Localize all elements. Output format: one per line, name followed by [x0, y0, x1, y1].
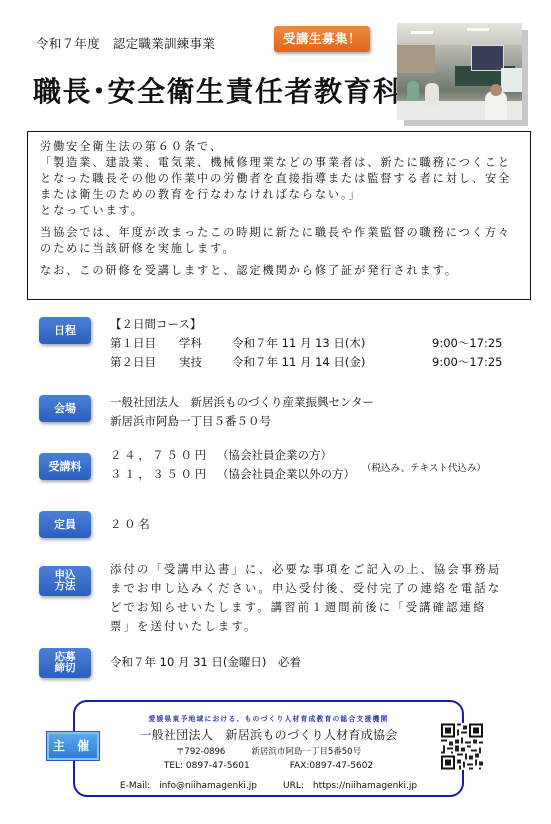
- program-subtitle: 令和７年度 認定職業訓練事業: [36, 34, 215, 52]
- organizer-fax: FAX:0897-47-5602: [290, 761, 373, 771]
- schedule-details: 【２日間コース】 第１日目学科令和７年 11 月 13 日(木)9:00～17:…: [110, 315, 502, 372]
- course-length: 【２日間コース】: [110, 315, 502, 334]
- capacity-value: ２０名: [110, 515, 152, 534]
- fee-label: 受講料: [39, 453, 91, 480]
- application-method: 添付の「受講申込書」に、必要な事項をご記入の上、協会事務局 までお申し込みくださ…: [110, 560, 501, 636]
- organizer-contact: E-Mail: info@niihamagenki.jpURL: https:/…: [73, 778, 464, 791]
- venue-name: 一般社団法人 新居浜ものづくり産業振興センター: [110, 393, 374, 412]
- intro-box: 労働安全衛生法の第６０条で、 「製造業、建設業、電気業、機械修理業などの事業者は…: [27, 131, 531, 300]
- schedule-label: 日程: [39, 317, 91, 344]
- intro-paragraph-certificate: なお、この研修を受講しますと、認定機関から修了証が発行されます。: [40, 263, 530, 279]
- fee-details: ２４，７５０円（協会社員企業の方） ３１，３５０円（協会社員企業以外の方）: [110, 446, 355, 484]
- fee-nonmember: ３１，３５０円（協会社員企業以外の方）: [110, 465, 355, 484]
- capacity-label: 定員: [39, 511, 91, 538]
- classroom-photo: [397, 23, 522, 120]
- recruit-badge: 受講生募集！: [274, 26, 370, 52]
- deadline-label: 応募 締切: [39, 648, 91, 678]
- intro-paragraph-purpose: 当協会では、年度が改まったこの時期に新たに職長や作業監督の職務につく方々 のため…: [40, 225, 530, 257]
- intro-paragraph-law: 労働安全衛生法の第６０条で、 「製造業、建設業、電気業、機械修理業などの事業者は…: [40, 139, 530, 219]
- organizer-url[interactable]: URL: https://niihamagenki.jp: [283, 781, 417, 791]
- organizer-name: 一般社団法人 新居浜ものづくり人材育成協会: [73, 726, 464, 743]
- organizer-address: 〒792-0896新居浜市阿島一丁目5番50号: [73, 745, 464, 757]
- application-label: 申込 方法: [39, 566, 91, 596]
- organizer-phone-fax: TEL: 0897-47-5601FAX:0897-47-5602: [73, 761, 464, 771]
- deadline-value: 令和７年 10 月 31 日(金曜日) 必着: [110, 653, 301, 672]
- schedule-day-2: 第２日目実技令和７年 11 月 14 日(金)9:00～17:25: [110, 353, 502, 372]
- venue-details: 一般社団法人 新居浜ものづくり産業振興センター 新居浜市阿島一丁目５番５０号: [110, 393, 374, 431]
- organizer-email[interactable]: E-Mail: info@niihamagenki.jp: [120, 781, 257, 791]
- fee-member: ２４，７５０円（協会社員企業の方）: [110, 446, 355, 465]
- page-title: 職長･安全衛生責任者教育科: [33, 70, 403, 110]
- organizer-tagline: 愛媛県東予地域における、ものづくり人材育成教育の総合支援機関: [73, 713, 464, 723]
- venue-address: 新居浜市阿島一丁目５番５０号: [110, 412, 374, 431]
- qr-code-icon[interactable]: [441, 723, 483, 770]
- schedule-day-1: 第１日目学科令和７年 11 月 13 日(木)9:00～17:25: [110, 334, 502, 353]
- venue-label: 会場: [39, 395, 91, 422]
- fee-note: （税込み、テキスト代込み）: [362, 460, 486, 474]
- organizer-tel: TEL: 0897-47-5601: [164, 761, 250, 771]
